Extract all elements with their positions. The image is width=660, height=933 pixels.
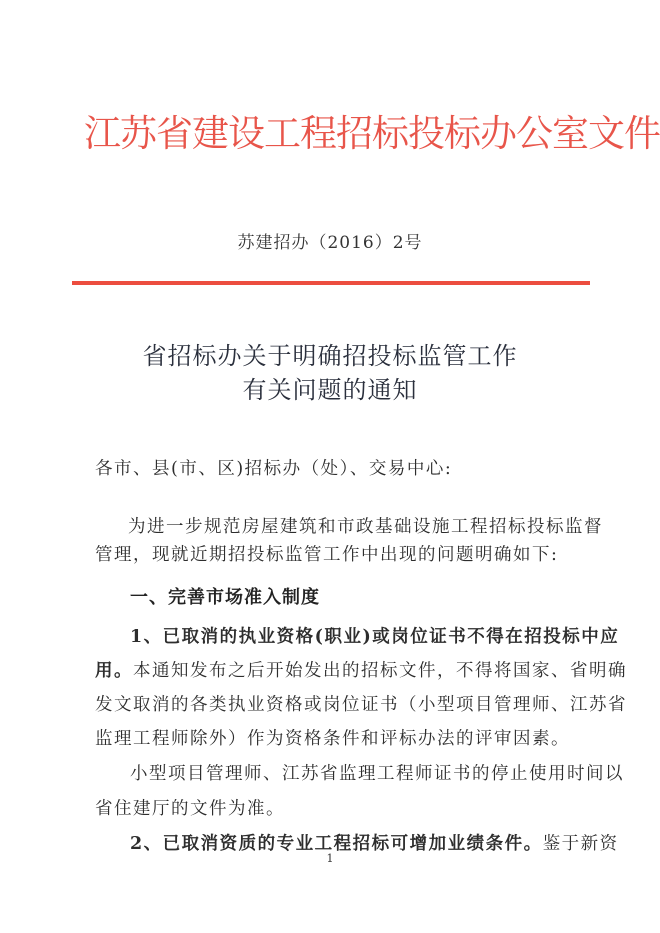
item-1-line-4: 监理工程师除外）作为资格条件和评标办法的评审因素。	[95, 725, 570, 750]
item-1-line-2-rest: 本通知发布之后开始发出的招标文件，不得将国家、省明确	[133, 661, 627, 681]
item-2-rest: 鉴于新资	[543, 834, 619, 854]
page-number: 1	[0, 852, 660, 865]
issuing-office-title: 江苏省建设工程招标投标办公室文件	[84, 104, 580, 164]
item-1-line-3: 发文取消的各类执业资格或岗位证书（小型项目管理师、江苏省	[95, 691, 627, 716]
intro-line-2: 管理，现就近期招投标监管工作中出现的问题明确如下:	[95, 541, 558, 566]
note-line-2: 省住建厅的文件为准。	[95, 795, 285, 820]
item-2-lead: 2、已取消资质的专业工程招标可增加业绩条件。	[130, 834, 543, 854]
item-1-line-2: 用。本通知发布之后开始发出的招标文件，不得将国家、省明确	[95, 657, 627, 682]
item-1-lead: 1、已取消的执业资格(职业)或岗位证书不得在招投标中应	[130, 623, 619, 648]
section-1-heading: 一、完善市场准入制度	[130, 583, 320, 609]
notice-title-line-1: 省招标办关于明确招投标监管工作	[0, 336, 660, 371]
note-line-1: 小型项目管理师、江苏省监理工程师证书的停止使用时间以	[130, 760, 624, 785]
notice-title-line-2: 有关问题的通知	[0, 370, 660, 405]
red-header-rule	[72, 281, 590, 285]
document-number: 苏建招办（2016）2号	[0, 228, 660, 253]
intro-line-1: 为进一步规范房屋建筑和市政基础设施工程招标投标监督	[128, 513, 603, 538]
item-1-line-2-bold: 用。	[95, 661, 133, 681]
addressee: 各市、县(市、区)招标办（处）、交易中心:	[95, 455, 452, 480]
